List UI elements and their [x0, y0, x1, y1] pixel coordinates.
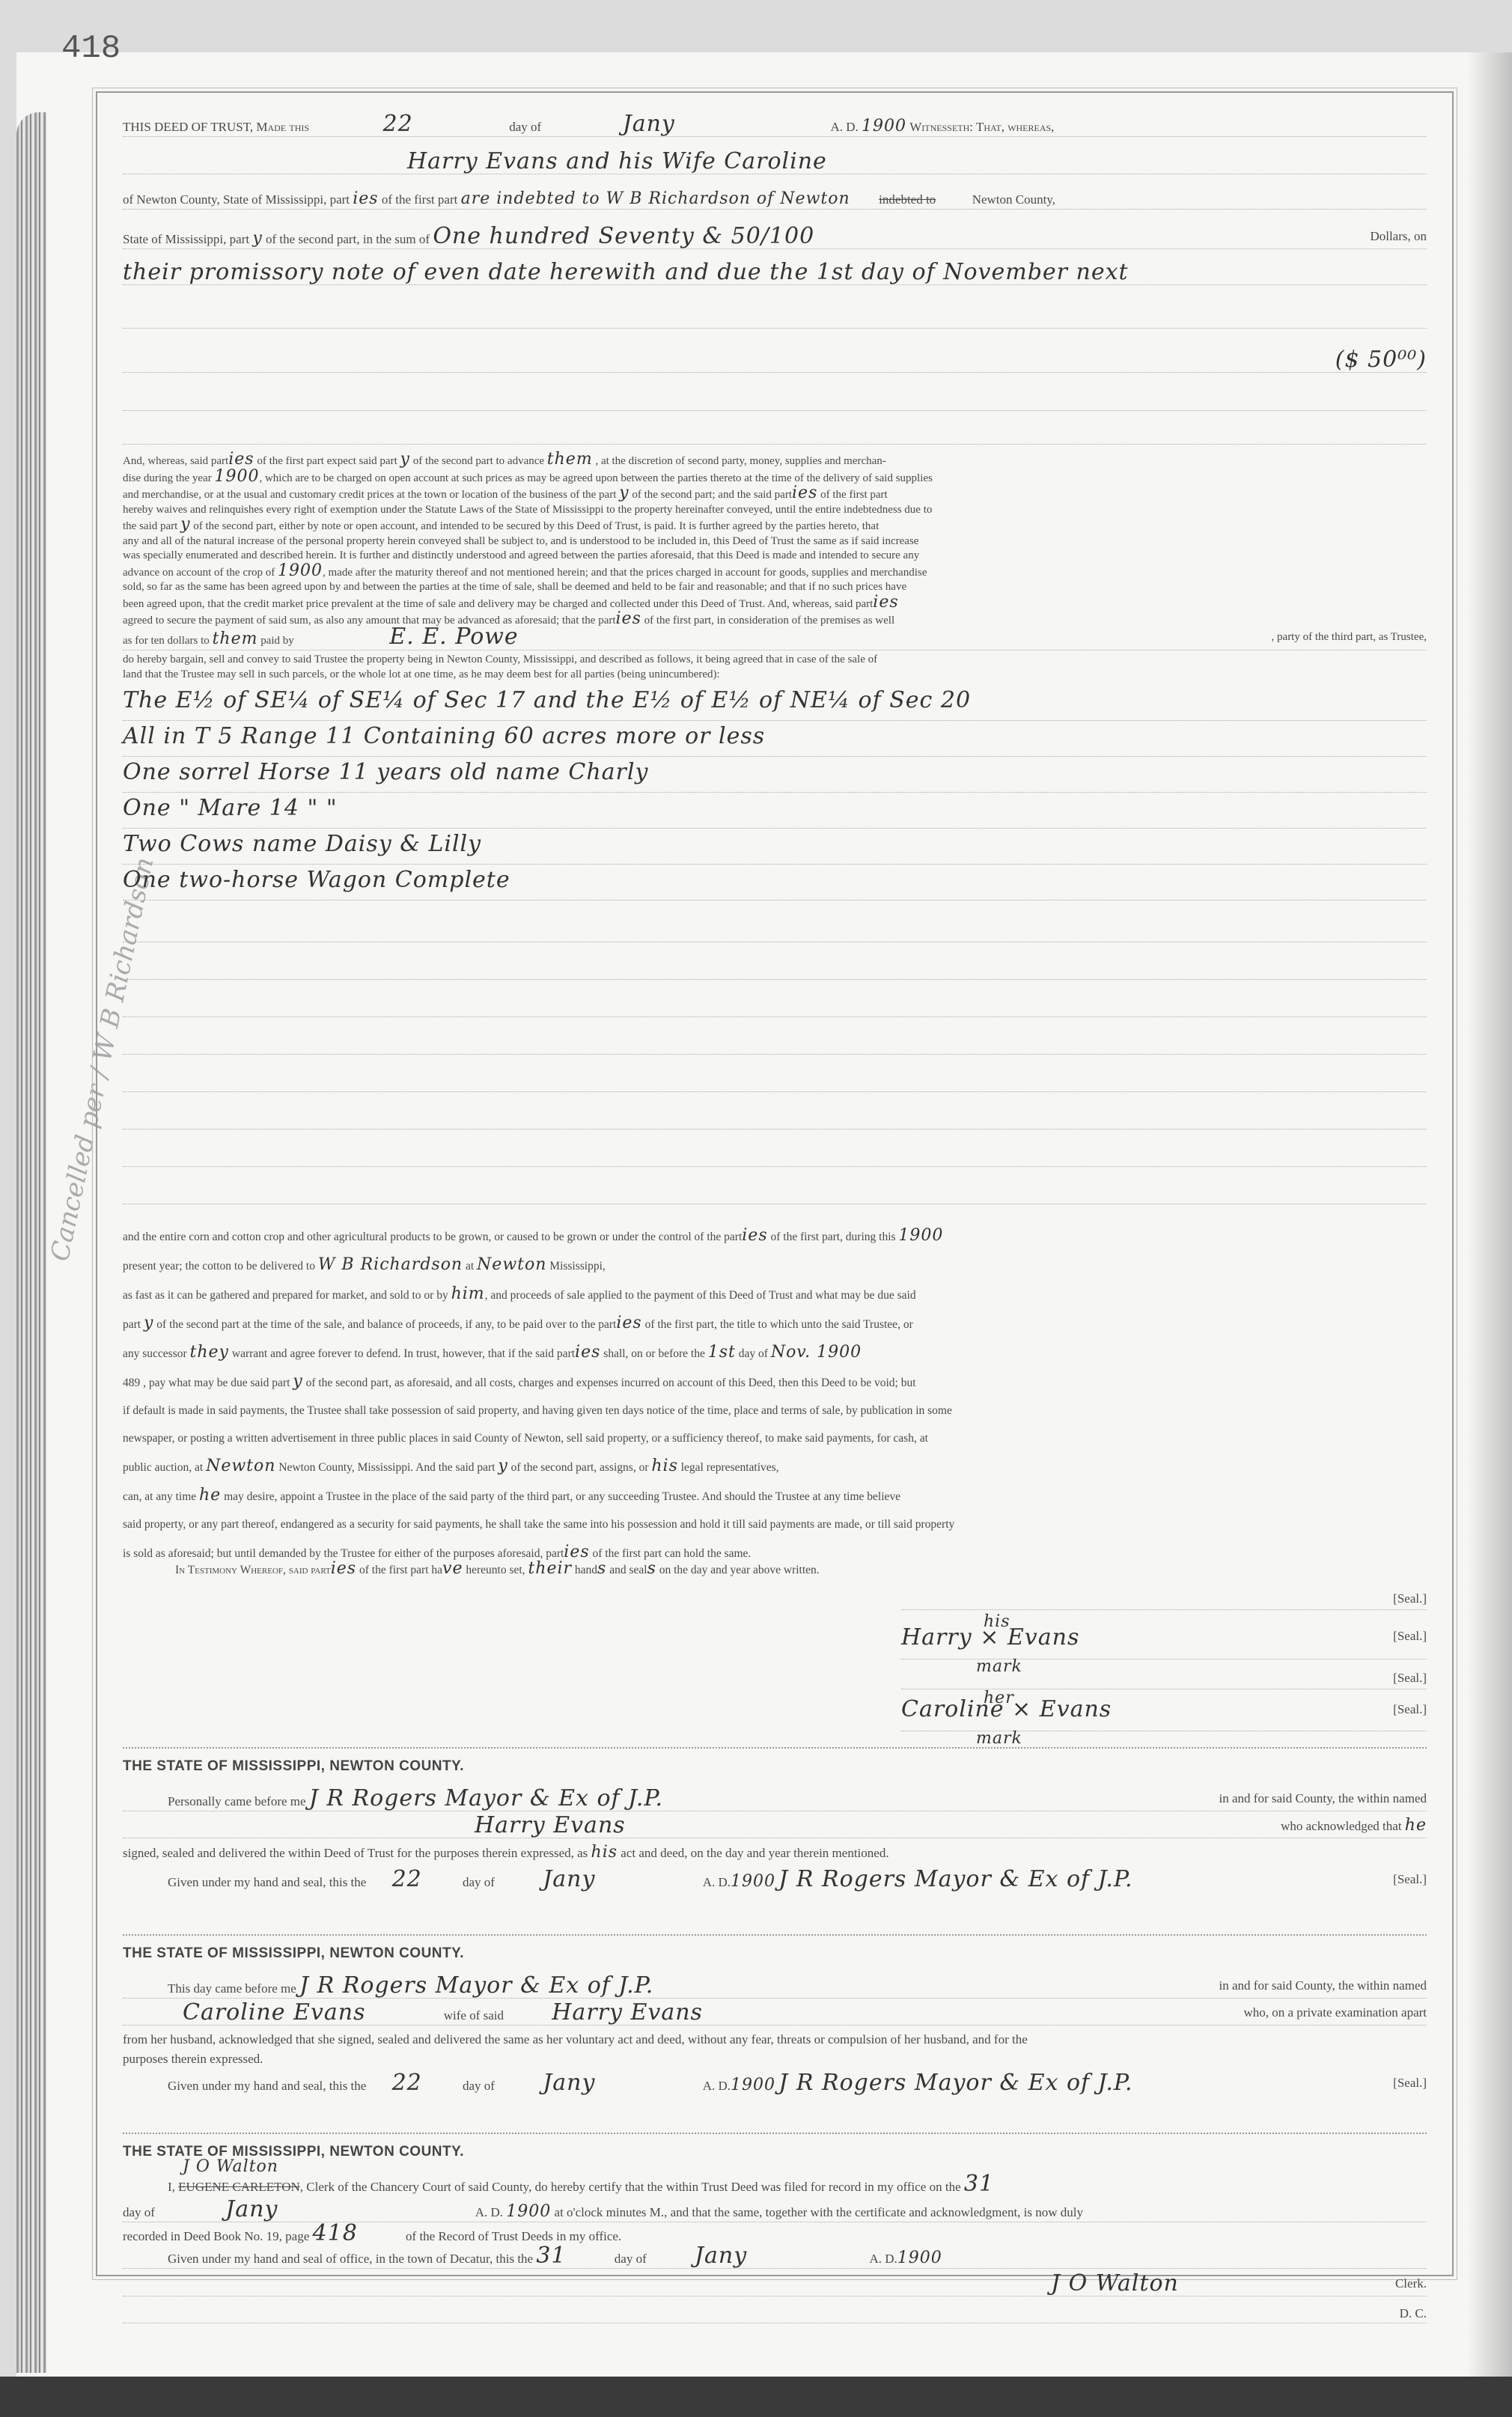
part-suffix: y	[252, 229, 262, 248]
section-heading: THE STATE OF MISSISSIPPI, NEWTON COUNTY.	[123, 1945, 464, 1962]
seal-label: [Seal.]	[1393, 1591, 1427, 1606]
signature-line: Harry × Evans	[901, 1629, 1427, 1659]
para-line: 489 , pay what may be due said part y of…	[123, 1368, 1427, 1397]
testimony-line: In Testimony Whereof, said parties of th…	[123, 1560, 1427, 1579]
para-line: part y of the second part at the time of…	[123, 1309, 1427, 1338]
county-line: of Newton County, State of Mississippi, …	[123, 190, 1427, 210]
para-line: been agreed upon, that the credit market…	[123, 595, 1427, 612]
indebted-struck: indebted to	[879, 192, 936, 207]
clerk-signature: J O Walton	[1051, 2270, 1179, 2296]
given-line: Given under my hand and seal, this the 2…	[123, 2074, 1427, 2095]
blank-line	[123, 1073, 1427, 1092]
section-heading: THE STATE OF MISSISSIPPI, NEWTON COUNTY.	[123, 1758, 464, 1775]
named-line: Caroline Evans wife of said Harry Evans …	[123, 2004, 1427, 2026]
deputy-clerk-line: D. C.	[123, 2305, 1427, 2323]
clerk-signature-line: J O Walton Clerk.	[123, 2275, 1427, 2296]
grantor-signatures: [Seal.] his Harry × Evans [Seal.] mark […	[901, 1582, 1427, 1732]
para-line: public auction, at Newton Newton County,…	[123, 1452, 1427, 1481]
book-binding	[16, 112, 46, 2373]
para-line: can, at any time he may desire, appoint …	[123, 1481, 1427, 1511]
para-line: as fast as it can be gathered and prepar…	[123, 1280, 1427, 1309]
page-number: 418	[61, 30, 121, 67]
ad-label: A. D.	[830, 120, 858, 134]
husband-hw: Harry Evans	[552, 1999, 703, 2026]
trustee-name-hw: E. E. Powe	[389, 624, 518, 650]
newton-county-label: Newton County,	[972, 192, 1055, 207]
exam-line: from her husband, acknowledged that she …	[123, 2031, 1427, 2049]
para-line: said property, or any part thereof, enda…	[123, 1511, 1427, 1538]
officer-signature: J R Rogers Mayor & Ex of J.P.	[778, 2070, 1133, 2096]
seal-label: [Seal.]	[1393, 1702, 1427, 1717]
blank-line	[123, 426, 1427, 445]
blank-line	[123, 1036, 1427, 1055]
purposes-line: purposes therein expressed.	[123, 2050, 1427, 2068]
sum-hw: One hundred Seventy & 50/100	[433, 223, 814, 249]
record-page-hw: 418	[313, 2220, 358, 2246]
clerk-label: Clerk.	[1395, 2275, 1427, 2293]
property-line: The E½ of SE¼ of SE¼ of Sec 17 and the E…	[123, 692, 1427, 721]
para-line: hereby waives and relinquishes every rig…	[123, 503, 1427, 518]
seal-label: [Seal.]	[1393, 1671, 1427, 1686]
first-part-clause: of the first part	[382, 192, 458, 207]
grantors-line: Harry Evans and his Wife Caroline	[123, 153, 1427, 174]
para-line: sold, so far as the same has been agreed…	[123, 580, 1427, 595]
property-line: One two-horse Wagon Complete	[123, 871, 1427, 900]
dc-label: D. C.	[1400, 2305, 1427, 2323]
para-line: any successor they warrant and agree for…	[123, 1338, 1427, 1368]
page-edge-shadow	[1467, 52, 1512, 2377]
property-line: One " Mare 14 " "	[123, 799, 1427, 829]
note-description-hw: their promissory note of even date herew…	[123, 259, 1129, 285]
harry-evans-signature: Harry × Evans	[901, 1624, 1079, 1651]
para-line: dise during the year 1900, which are to …	[123, 469, 1427, 487]
blank-line	[123, 999, 1427, 1017]
signature-line	[901, 1591, 1427, 1610]
sum-line: State of Mississippi, part y of the seco…	[123, 228, 1427, 249]
blank-line	[123, 392, 1427, 411]
section-divider	[123, 1934, 1427, 1936]
property-line: All in T 5 Range 11 Containing 60 acres …	[123, 728, 1427, 757]
trustee-line: as for ten dollars to them paid by E. E.…	[123, 628, 1427, 650]
section-divider	[123, 1747, 1427, 1749]
intro-label: THIS DEED OF TRUST, Made this	[123, 120, 309, 134]
blank-line	[123, 1186, 1427, 1204]
filed-date-line: day of Jany A. D. 1900 at o'clock minute…	[123, 2201, 1427, 2222]
crop-lien-paragraph: and the entire corn and cotton crop and …	[123, 1222, 1427, 1567]
officer-signature: J R Rogers Mayor & Ex of J.P.	[778, 1866, 1133, 1892]
dollars-on-label: Dollars, on	[1370, 228, 1427, 246]
state-clause: State of Mississippi, part	[123, 232, 249, 246]
came-before-line: Personally came before me J R Rogers May…	[123, 1790, 1427, 1811]
para-line: and merchandise, or at the usual and cus…	[123, 486, 1427, 503]
signature-line: Caroline × Evans	[901, 1701, 1427, 1731]
deed-form-frame: THIS DEED OF TRUST, Made this 22 day of …	[96, 91, 1454, 2276]
para-line: agreed to secure the payment of said sum…	[123, 612, 1427, 629]
blank-line	[123, 1111, 1427, 1130]
para-line: any and all of the natural increase of t…	[123, 534, 1427, 549]
clerk-overwrite-hw: J O Walton	[183, 2157, 278, 2176]
parcels-line: land that the Trustee may sell in such p…	[123, 665, 1427, 683]
named-party-hw: Harry Evans	[475, 1812, 626, 1838]
property-line: Two Cows name Daisy & Lilly	[123, 835, 1427, 865]
acknowledgment-harry: THE STATE OF MISSISSIPPI, NEWTON COUNTY.…	[123, 1758, 1427, 1945]
para-line: and the entire corn and cotton crop and …	[123, 1222, 1427, 1251]
blank-line	[123, 310, 1427, 329]
signature-line	[901, 1671, 1427, 1689]
note-line: their promissory note of even date herew…	[123, 263, 1427, 285]
mark-label: mark	[976, 1729, 1022, 1748]
witnesseth-label: Witnesseth: That, whereas,	[909, 120, 1054, 134]
advance-clause-paragraph: And, whereas, said parties of the first …	[123, 452, 1427, 629]
section-heading: THE STATE OF MISSISSIPPI, NEWTON COUNTY.	[123, 2144, 464, 2160]
day-of-label: day of	[509, 120, 541, 134]
para-line: if default is made in said payments, the…	[123, 1397, 1427, 1424]
scan-bottom-edge	[0, 2377, 1512, 2417]
struck-clerk-name: EUGENE CARLETON	[178, 2180, 300, 2194]
indebted-to-hw: are indebted to W B Richardson of Newton	[461, 189, 850, 208]
amount-hw: ($ 50⁰⁰)	[1335, 347, 1427, 373]
amount-line: ($ 50⁰⁰)	[123, 351, 1427, 373]
deed-year: 1900	[862, 117, 906, 135]
certify-line: I, EUGENE CARLETON, Clerk of the Chancer…	[123, 2175, 1427, 2196]
named-party-hw: Caroline Evans	[183, 1999, 366, 2026]
section-divider	[123, 2133, 1427, 2134]
blank-line	[123, 924, 1427, 942]
clerk-certificate: THE STATE OF MISSISSIPPI, NEWTON COUNTY.…	[123, 2144, 1427, 2293]
deed-month: Jany	[623, 111, 675, 137]
para-line: And, whereas, said parties of the first …	[123, 452, 1427, 469]
given-line: Given under my hand and seal, this the 2…	[123, 1871, 1427, 1892]
county-clause: of Newton County, State of Mississippi, …	[123, 192, 350, 207]
signed-line: signed, sealed and delivered the within …	[123, 1844, 1427, 1862]
caroline-evans-signature: Caroline × Evans	[901, 1696, 1112, 1722]
recorded-line: recorded in Deed Book No. 19, page 418 o…	[123, 2225, 1427, 2246]
para-line: newspaper, or posting a written advertis…	[123, 1424, 1427, 1452]
acknowledgment-caroline: THE STATE OF MISSISSIPPI, NEWTON COUNTY.…	[123, 1945, 1427, 2133]
para-line: the said part y of the second part, eith…	[123, 517, 1427, 534]
officer-hw: J R Rogers Mayor & Ex of J.P.	[299, 1972, 653, 1999]
given-office-line: Given under my hand and seal of office, …	[123, 2247, 1427, 2269]
para-line: advance on account of the crop of 1900, …	[123, 564, 1427, 581]
filed-day-hw: 31	[964, 2171, 994, 2197]
second-part-clause: of the second part, in the sum of	[266, 232, 430, 246]
blank-line	[123, 1148, 1427, 1167]
deed-intro-line: THIS DEED OF TRUST, Made this 22 day of …	[123, 115, 1427, 137]
property-line: One sorrel Horse 11 years old name Charl…	[123, 763, 1427, 793]
para-line: present year; the cotton to be delivered…	[123, 1251, 1427, 1280]
part-suffix: ies	[353, 189, 378, 208]
came-before-line: This day came before me J R Rogers Mayor…	[123, 1977, 1427, 1999]
seal-label: [Seal.]	[1393, 1629, 1427, 1644]
deed-day: 22	[383, 111, 413, 137]
grantors-names: Harry Evans and his Wife Caroline	[407, 148, 827, 174]
officer-hw: J R Rogers Mayor & Ex of J.P.	[309, 1785, 663, 1811]
blank-line	[123, 961, 1427, 980]
named-line: Harry Evans who acknowledged that he	[123, 1817, 1427, 1838]
